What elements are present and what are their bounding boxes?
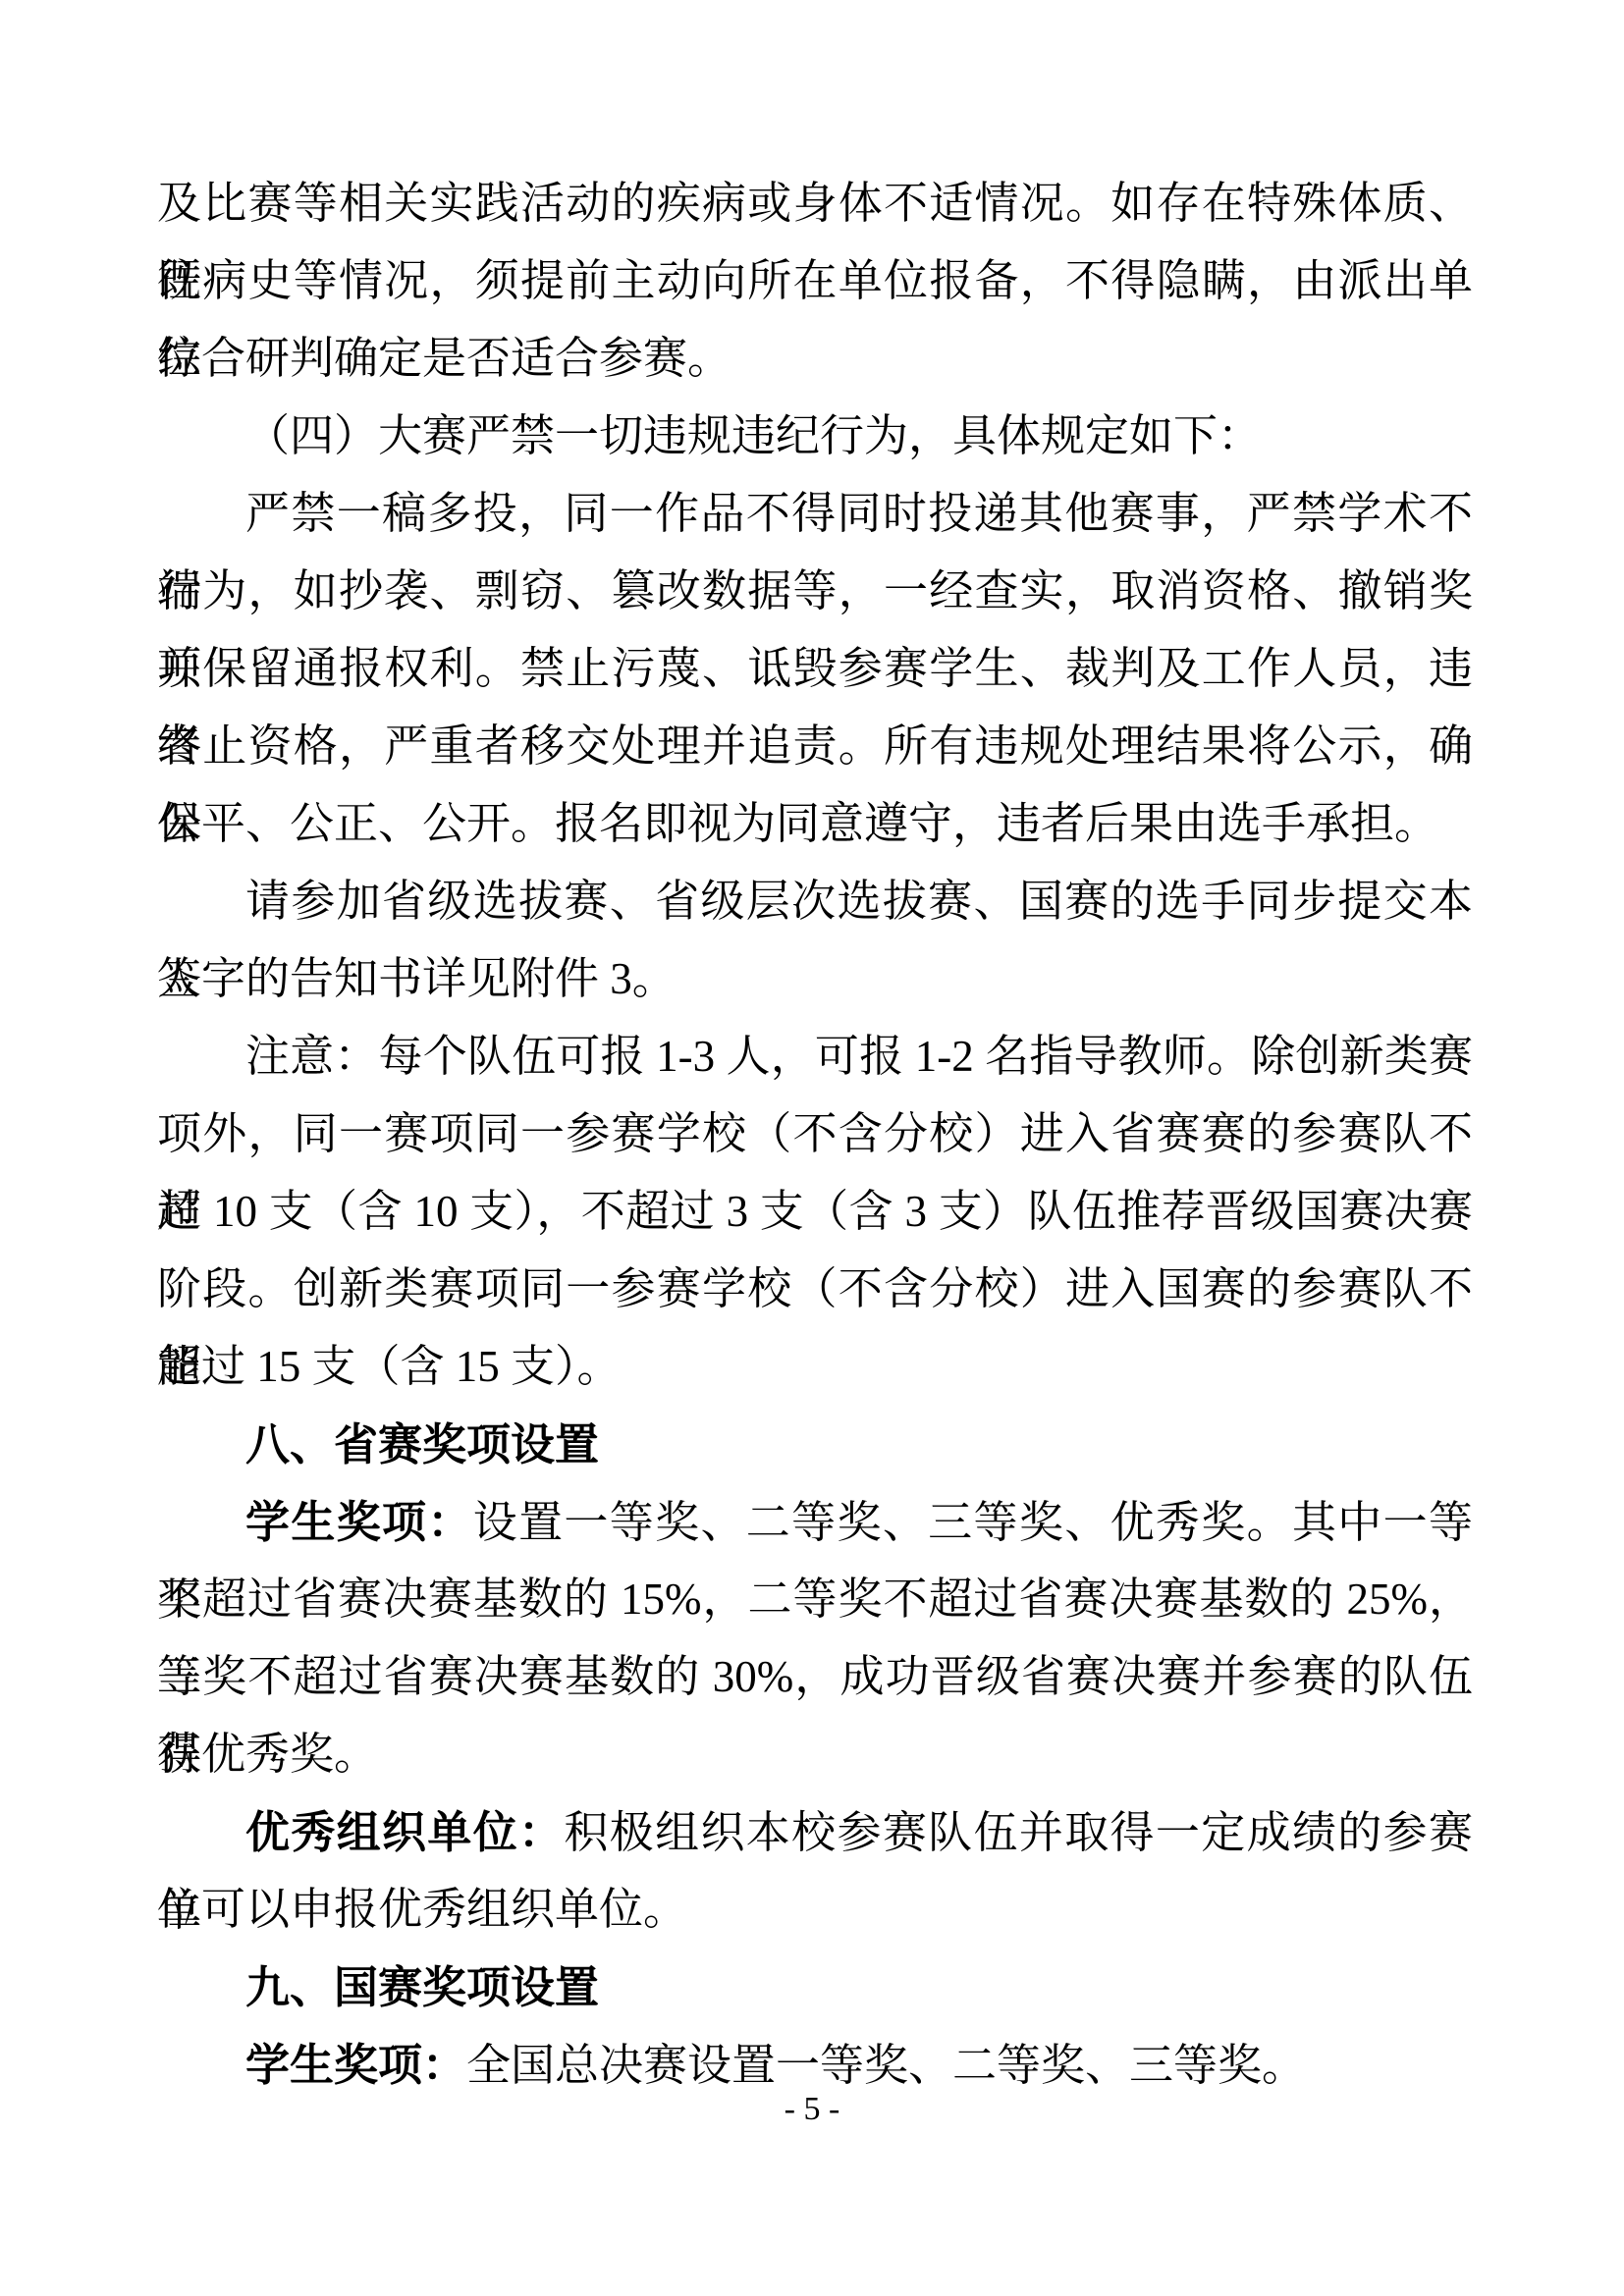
section-heading: 八、省赛奖项设置 <box>157 1406 1473 1483</box>
text-line: 优秀组织单位：积极组织本校参赛队伍并取得一定成绩的参赛单 <box>157 1793 1473 1871</box>
text-line: 往病史等情况，须提前主动向所在单位报备，不得隐瞒，由派出单位 <box>157 242 1473 320</box>
text-line: 等奖不超过省赛决赛基数的 30%，成功晋级省赛决赛并参赛的队伍获 <box>157 1638 1473 1716</box>
bold-label: 优秀组织单位： <box>245 1807 564 1857</box>
text-line: 请参加省级选拔赛、省级层次选拔赛、国赛的选手同步提交本人 <box>157 863 1473 940</box>
text-line: 公平、公正、公开。报名即视为同意遵守，违者后果由选手承担。 <box>157 785 1473 863</box>
section-heading: 九、国赛奖项设置 <box>157 1949 1473 2026</box>
text-line: 过 10 支（含 10 支），不超过 3 支（含 3 支）队伍推荐晋级国赛决赛 <box>157 1173 1473 1251</box>
text-line: （四）大赛严禁一切违规违纪行为，具体规定如下： <box>157 398 1473 475</box>
text-line: 并保留通报权利。禁止污蔑、诋毁参赛学生、裁判及工作人员，违者 <box>157 630 1473 708</box>
text-line: 签字的告知书详见附件 3。 <box>157 940 1473 1018</box>
page-body: 及比赛等相关实践活动的疾病或身体不适情况。如存在特殊体质、既 往病史等情况，须提… <box>157 165 1473 2104</box>
text-line: 学生奖项：设置一等奖、二等奖、三等奖、优秀奖。其中一等奖 <box>157 1483 1473 1561</box>
text-line: 超过 15 支（含 15 支）。 <box>157 1328 1473 1406</box>
text-line: 阶段。创新类赛项同一参赛学校（不含分校）进入国赛的参赛队不能 <box>157 1251 1473 1328</box>
page-footer: - 5 - <box>0 2091 1624 2128</box>
document-page: 及比赛等相关实践活动的疾病或身体不适情况。如存在特殊体质、既 往病史等情况，须提… <box>0 0 1624 2296</box>
bold-label: 学生奖项： <box>245 2040 466 2090</box>
text-line: 位可以申报优秀组织单位。 <box>157 1871 1473 1949</box>
page-number: - 5 - <box>785 2091 840 2127</box>
text-line: 及比赛等相关实践活动的疾病或身体不适情况。如存在特殊体质、既 <box>157 165 1473 242</box>
text-line: 综合研判确定是否适合参赛。 <box>157 320 1473 398</box>
text-line: 终止资格，严重者移交处理并追责。所有违规处理结果将公示，确保 <box>157 708 1473 785</box>
text-line: 严禁一稿多投，同一作品不得同时投递其他赛事，严禁学术不端 <box>157 475 1473 553</box>
text-line: 注意：每个队伍可报 1-3 人，可报 1-2 名指导教师。除创新类赛 <box>157 1018 1473 1095</box>
text-line: 不超过省赛决赛基数的 15%，二等奖不超过省赛决赛基数的 25%，三 <box>157 1561 1473 1638</box>
text-line: 行为，如抄袭、剽窃、篡改数据等，一经查实，取消资格、撤销奖项 <box>157 553 1473 630</box>
text-line: 得优秀奖。 <box>157 1716 1473 1793</box>
bold-label: 学生奖项： <box>245 1497 473 1547</box>
text-segment: 全国总决赛设置一等奖、二等奖、三等奖。 <box>466 2041 1306 2090</box>
text-line: 项外，同一赛项同一参赛学校（不含分校）进入省赛赛的参赛队不超 <box>157 1095 1473 1173</box>
